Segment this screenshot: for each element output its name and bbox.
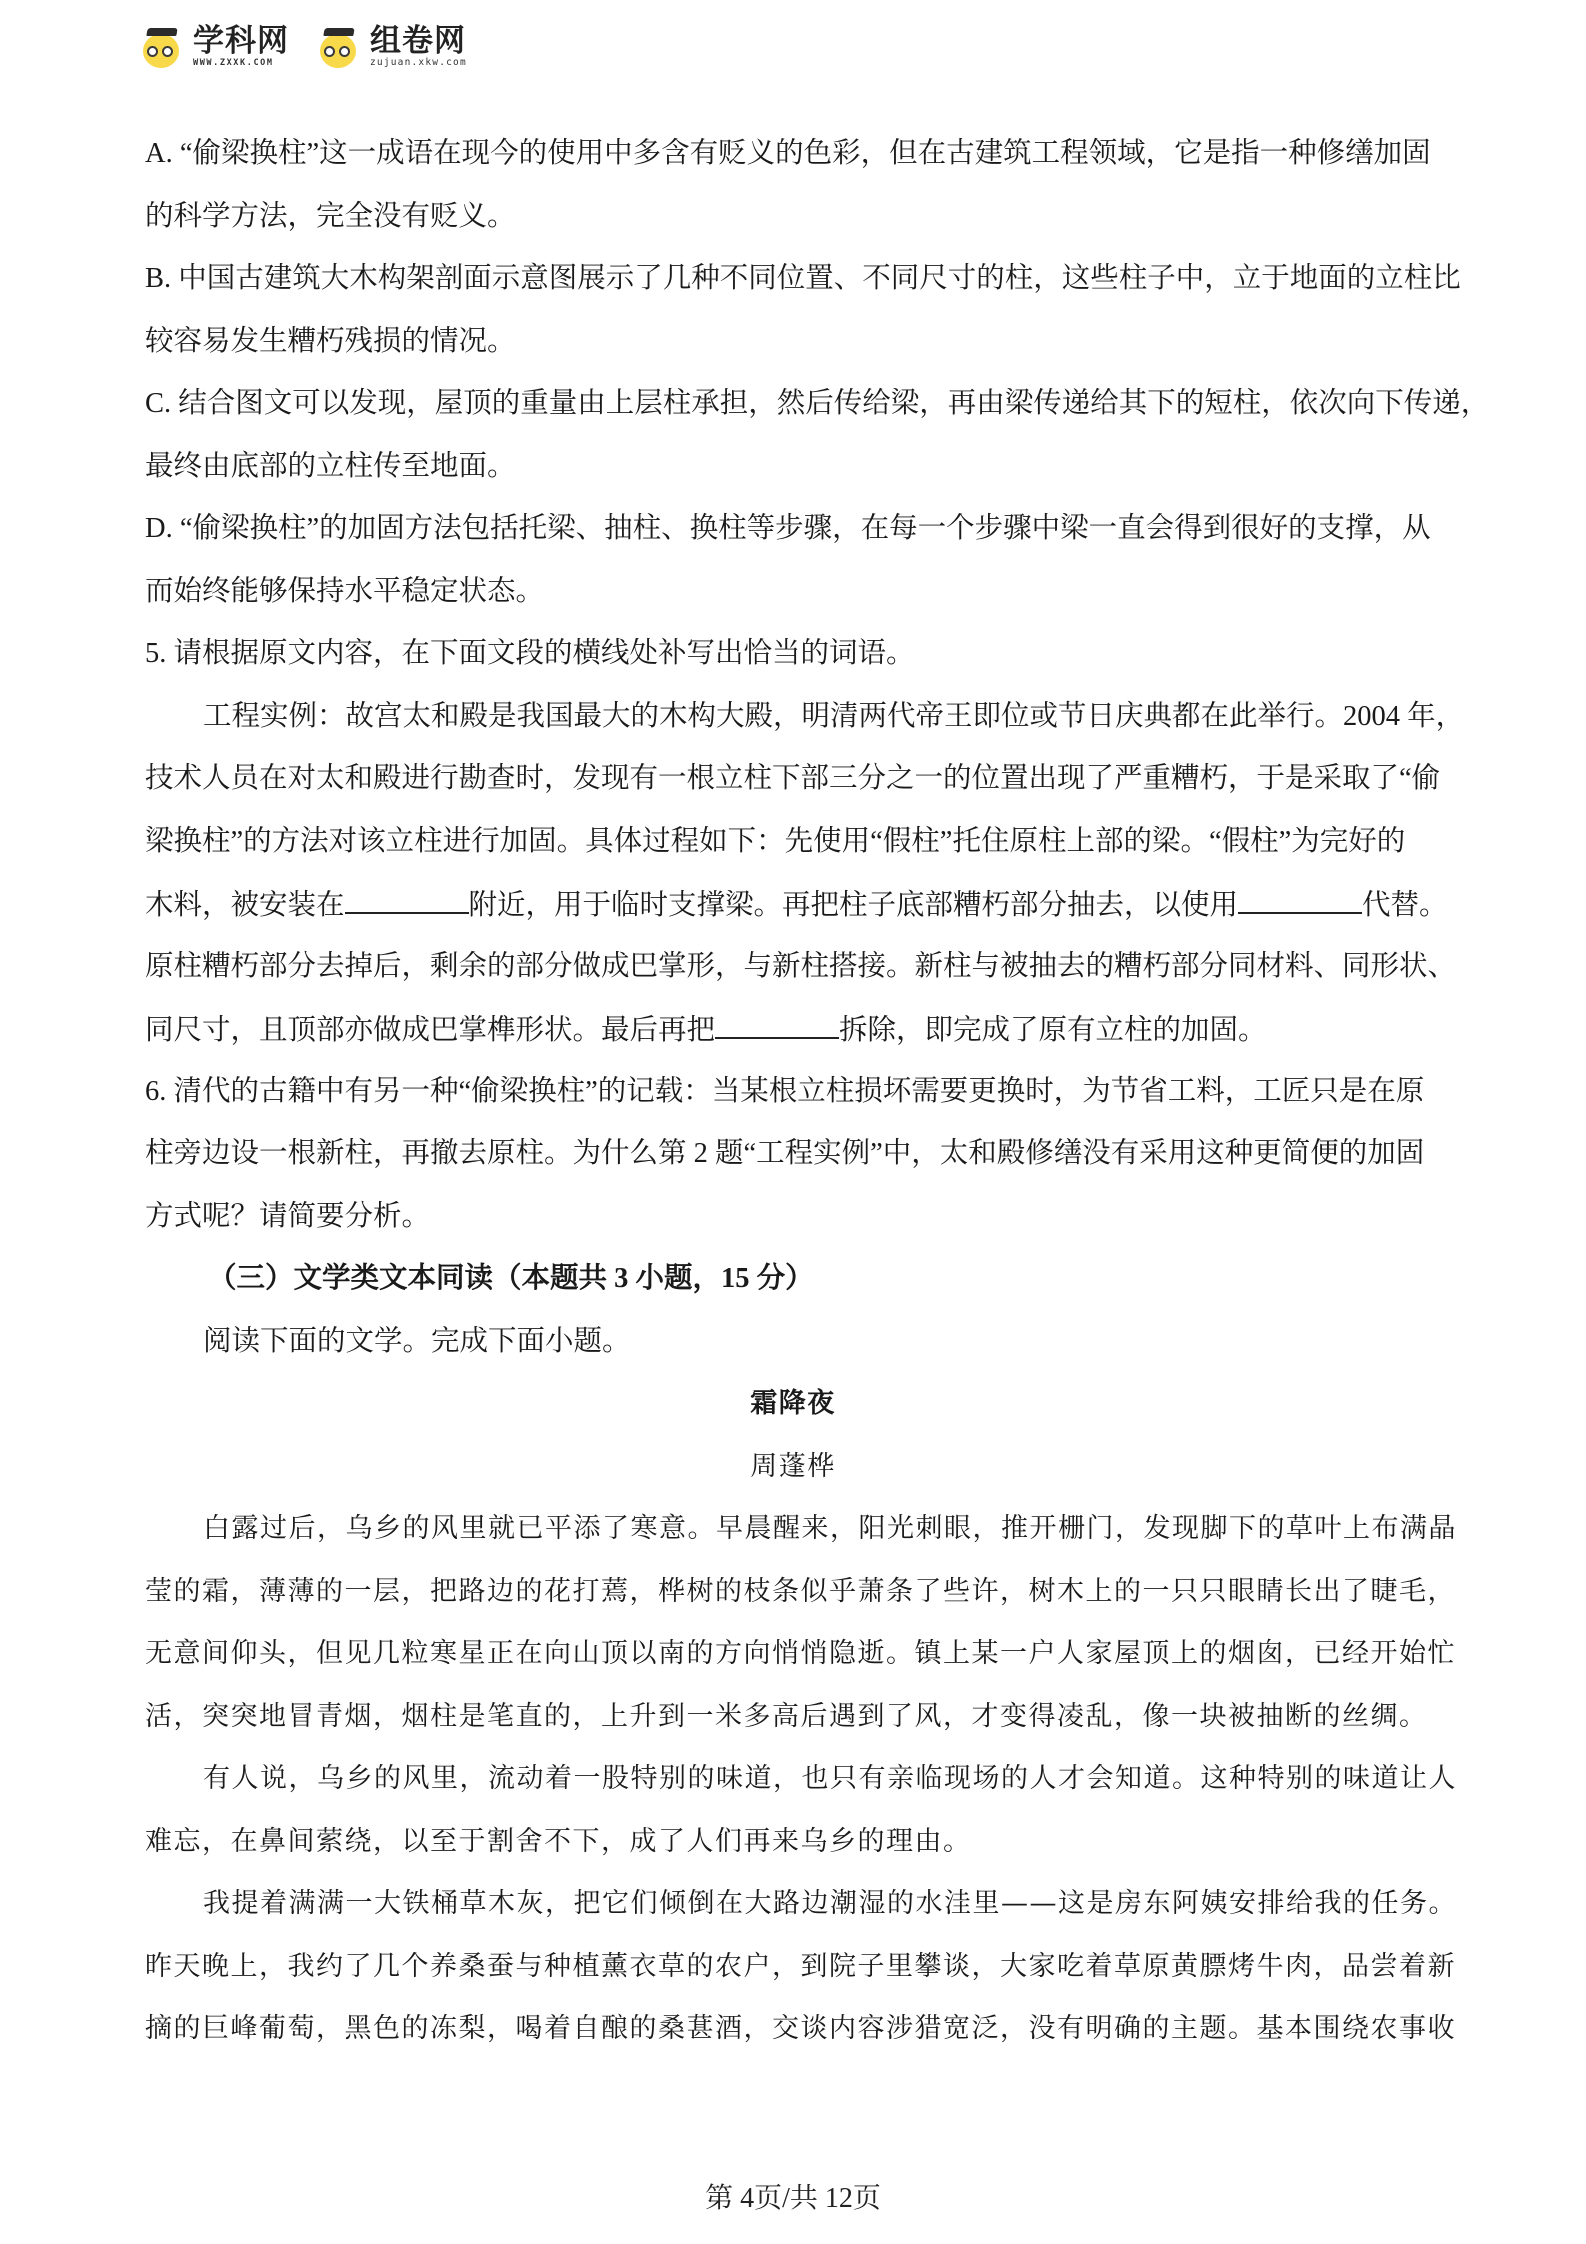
para3-line3: 摘的巨峰葡萄，黑色的冻梨，喝着自酿的桑葚酒，交谈内容涉猎宽泛，没有明确的主题。基… [145, 2011, 1456, 2047]
para1-line4: 活，突突地冒青烟，烟柱是笔直的，上升到一米多高后遇到了风，才变得凌乱，像一块被抽… [145, 1699, 1428, 1735]
q5-line4-part2: 附近，用于临时支撑梁。再把柱子底部糟朽部分抽去，以使用 [469, 890, 1239, 921]
para3-line1: 我提着满满一大铁桶草木灰，把它们倾倒在大路边潮湿的水洼里——这是房东阿姨安排给我… [203, 1886, 1457, 1922]
q5-line4-part1: 木料，被安装在 [145, 890, 345, 921]
option-d-line1: D. “偷梁换柱”的加固方法包括托梁、抽柱、换柱等步骤，在每一个步骤中梁一直会得… [145, 511, 1431, 547]
option-c-line1: C. 结合图文可以发现，屋顶的重量由上层柱承担，然后传给梁，再由梁传递给其下的短… [145, 386, 1489, 422]
q5-line5: 原柱糟朽部分去掉后，剩余的部分做成巴掌形，与新柱搭接。新柱与被抽去的糟朽部分同材… [145, 949, 1456, 985]
logo-zujuan[interactable]: 组卷网 zujuan.xkw.com [320, 24, 467, 80]
para2-line2: 难忘，在鼻间萦绕，以至于割舍不下，成了人们再来乌乡的理由。 [145, 1824, 972, 1860]
q5-line3: 梁换柱”的方法对该立柱进行加固。具体过程如下：先使用“假柱”托住原柱上部的梁。“… [145, 824, 1405, 860]
option-c-line2: 最终由底部的立柱传至地面。 [145, 449, 516, 485]
blank-2[interactable] [1238, 886, 1362, 914]
q5-line2: 技术人员在对太和殿进行勘查时，发现有一根立柱下部三分之一的位置出现了严重糟朽，于… [145, 761, 1440, 797]
para1-line1: 白露过后，乌乡的风里就已平添了寒意。早晨醒来，阳光刺眼，推开栅门，发现脚下的草叶… [203, 1511, 1457, 1547]
option-a-line2: 的科学方法，完全没有贬义。 [145, 199, 516, 235]
logo-zxxk[interactable]: 学科网 WWW.ZXXK.COM [143, 24, 289, 80]
q5-line4-part3: 代替。 [1362, 890, 1448, 921]
para2-line1: 有人说，乌乡的风里，流动着一股特别的味道，也只有亲临现场的人才会知道。这种特别的… [203, 1761, 1457, 1797]
mascot-icon [320, 24, 358, 68]
logo-name: 组卷网 [370, 24, 467, 58]
option-b-line1: B. 中国古建筑大木构架剖面示意图展示了几种不同位置、不同尺寸的柱，这些柱子中，… [145, 261, 1461, 297]
reading-instruction: 阅读下面的文学。完成下面小题。 [203, 1324, 631, 1360]
question-6-line2: 柱旁边设一根新柱，再撤去原柱。为什么第 2 题“工程实例”中，太和殿修缮没有采用… [145, 1136, 1424, 1172]
q5-line1: 工程实例：故宫太和殿是我国最大的木构大殿，明清两代帝王即位或节日庆典都在此举行。… [203, 699, 1464, 735]
exam-page: 学科网 WWW.ZXXK.COM 组卷网 zujuan.xkw.com A. “… [0, 0, 1586, 2244]
logo-url: zujuan.xkw.com [370, 58, 467, 68]
para3-line2: 昨天晚上，我约了几个养桑蚕与种植薰衣草的农户，到院子里攀谈，大家吃着草原黄膘烤牛… [145, 1949, 1456, 1985]
option-b-line2: 较容易发生糟朽残损的情况。 [145, 324, 516, 360]
question-6-line1: 6. 清代的古籍中有另一种“偷梁换柱”的记载：当某根立柱损坏需要更换时，为节省工… [145, 1074, 1424, 1110]
q5-line6-part2: 拆除，即完成了原有立柱的加固。 [839, 1015, 1267, 1046]
story-title: 霜降夜 [0, 1386, 1586, 1422]
question-6-line3: 方式呢？请简要分析。 [145, 1199, 430, 1235]
q5-line6: 同尺寸，且顶部亦做成巴掌榫形状。最后再把拆除，即完成了原有立柱的加固。 [145, 1011, 1267, 1049]
blank-3[interactable] [715, 1011, 839, 1039]
option-a-line1: A. “偷梁换柱”这一成语在现今的使用中多含有贬义的色彩，但在古建筑工程领域，它… [145, 136, 1431, 172]
question-5-prompt: 5. 请根据原文内容，在下面文段的横线处补写出恰当的词语。 [145, 636, 915, 672]
story-author: 周蓬桦 [0, 1449, 1586, 1485]
logo-url: WWW.ZXXK.COM [193, 58, 289, 68]
option-d-line2: 而始终能够保持水平稳定状态。 [145, 574, 544, 610]
section-heading: （三）文学类文本同读（本题共 3 小题，15 分） [208, 1261, 814, 1297]
page-number: 第 4页/共 12页 [0, 2176, 1586, 2216]
q5-line4: 木料，被安装在附近，用于临时支撑梁。再把柱子底部糟朽部分抽去，以使用代替。 [145, 886, 1448, 924]
q5-line6-part1: 同尺寸，且顶部亦做成巴掌榫形状。最后再把 [145, 1015, 715, 1046]
para1-line3: 无意间仰头，但见几粒寒星正在向山顶以南的方向悄悄隐逝。镇上某一户人家屋顶上的烟囱… [145, 1636, 1456, 1672]
para1-line2: 莹的霜，薄薄的一层，把路边的花打蔫，桦树的枝条似乎萧条了些许，树木上的一只只眼睛… [145, 1574, 1456, 1610]
blank-1[interactable] [345, 886, 469, 914]
logo-name: 学科网 [193, 24, 289, 58]
mascot-icon [143, 24, 181, 68]
